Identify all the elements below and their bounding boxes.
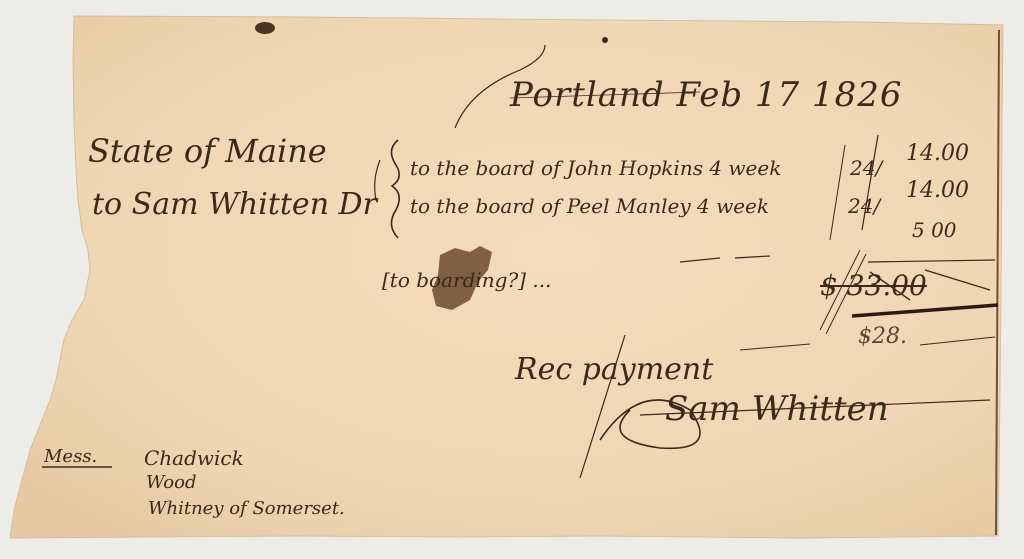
- creditor-name: to Sam Whitten Dr: [92, 190, 377, 220]
- item-amount: 5 00: [912, 220, 957, 240]
- total-revised: $28.: [858, 326, 907, 348]
- signature: Sam Whitten: [665, 392, 889, 426]
- place-date: Portland Feb 17 1826: [510, 78, 903, 112]
- item-amount: 14.00: [906, 143, 969, 165]
- annotation-prefix: Mess.: [44, 448, 97, 466]
- item-description: to the board of John Hopkins 4 week: [410, 158, 781, 178]
- total-struck: $ 33.00: [820, 272, 927, 300]
- item-description: to the board of Peel Manley 4 week: [410, 196, 769, 216]
- item-unit: 24/: [850, 158, 882, 178]
- item-unit: 24/: [848, 196, 880, 216]
- item-description: [to boarding?] ...: [382, 270, 551, 290]
- debtor-name: State of Maine: [88, 135, 327, 167]
- annotation-name: Wood: [146, 474, 196, 492]
- annotation-name: Whitney of Somerset.: [148, 500, 345, 518]
- item-amount: 14.00: [906, 180, 969, 202]
- annotation-name: Chadwick: [144, 448, 244, 468]
- receipt-line: Rec payment: [515, 355, 713, 385]
